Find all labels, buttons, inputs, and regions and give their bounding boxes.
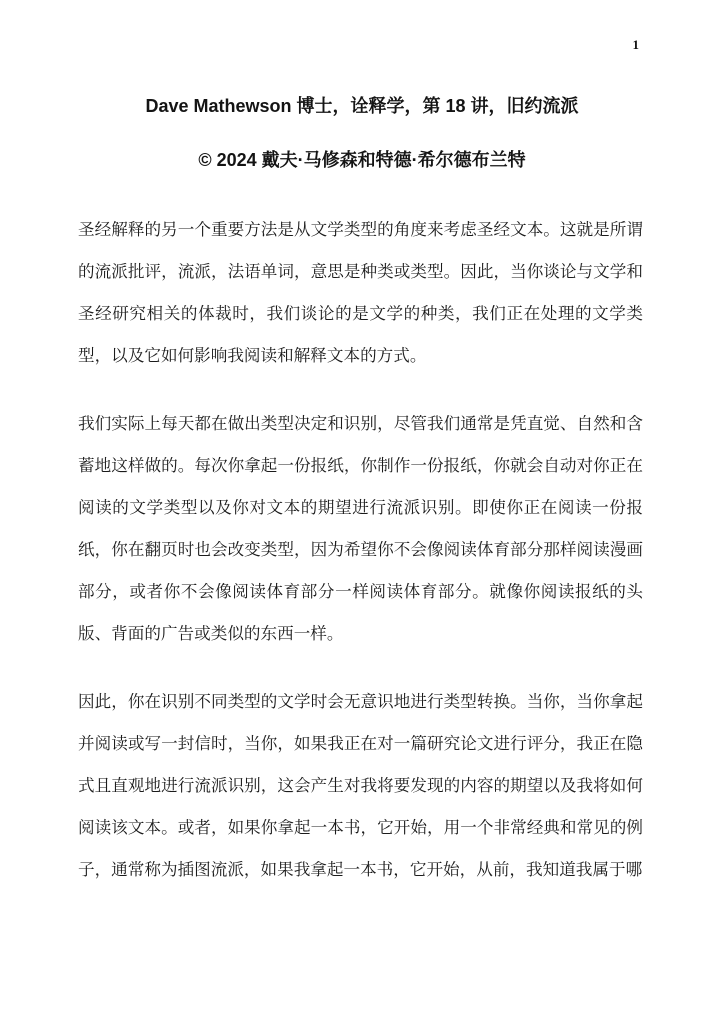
page-number: 1	[633, 38, 640, 52]
document-page: 1 Dave Mathewson 博士，诠释学，第 18 讲，旧约流派 © 20…	[0, 0, 724, 1024]
copyright-line: © 2024 戴夫·马修森和特德·希尔德布兰特	[40, 148, 684, 172]
paragraph: 因此，你在识别不同类型的文学时会无意识地进行类型转换。当你，当你拿起并阅读或写一…	[78, 681, 643, 891]
document-body: 圣经解释的另一个重要方法是从文学类型的角度来考虑圣经文本。这就是所谓的流派批评，…	[78, 209, 643, 891]
paragraph: 我们实际上每天都在做出类型决定和识别，尽管我们通常是凭直觉、自然和含蓄地这样做的…	[78, 403, 643, 655]
document-title: Dave Mathewson 博士，诠释学，第 18 讲，旧约流派	[40, 94, 684, 118]
paragraph: 圣经解释的另一个重要方法是从文学类型的角度来考虑圣经文本。这就是所谓的流派批评，…	[78, 209, 643, 377]
